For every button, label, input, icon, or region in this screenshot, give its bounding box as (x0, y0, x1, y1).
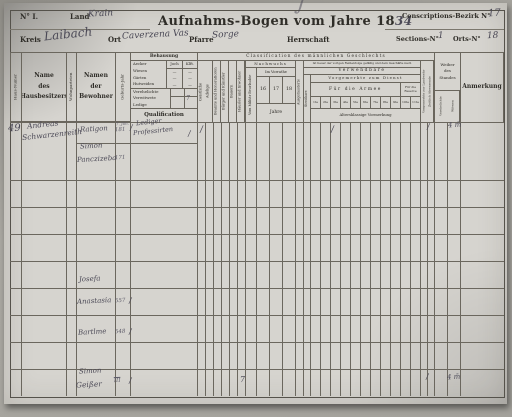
nachwuchs-age-item: 18 (282, 77, 295, 103)
joch-unit-label: Joch (167, 61, 182, 69)
classification-group-item: Beamte und Honoratioren (213, 61, 221, 122)
resident-5-birth-year: 548 (115, 330, 126, 336)
bottom-row-mark: 7 (240, 376, 246, 384)
age-class-item: 11te (410, 97, 420, 108)
joch-dash-item: — (167, 70, 182, 74)
klafter-unit-label: Klft. (183, 61, 197, 69)
age-class-item: 1te (311, 97, 320, 108)
grid-vline (245, 122, 246, 396)
fuer-die-armee-label: Für die Armee (310, 82, 401, 97)
fuer-die-reserve-box: Für dieReserve (400, 82, 421, 97)
classification-group-item: Häusler und Inwohner (237, 61, 245, 122)
klafter-dash-item: — (183, 76, 197, 80)
col-header-bewohner-item: Bewohner (79, 94, 113, 101)
grid-hline (10, 315, 504, 316)
kreis-label: Kreis (20, 36, 41, 43)
check-slash: / (200, 126, 204, 135)
grid-vline (197, 122, 198, 396)
col-header-owner: NamedesHausbesitzers (21, 52, 67, 122)
qualification-col-a (170, 88, 185, 109)
grid-vline (320, 122, 321, 396)
grid-vline (370, 122, 371, 396)
grid-vline (380, 122, 381, 396)
weiber-sub-col: VerehelichteWitwen (435, 91, 460, 122)
sections-label: Sections-N° (396, 36, 439, 43)
col-header-bewohner-item: der (90, 84, 101, 91)
classification-group-item: Bauern (229, 61, 237, 122)
classification-group-columns: GeistlicheAdeligeBeamte und Honoratioren… (197, 60, 246, 123)
nachwuchs-age-cells: 161718 (256, 76, 296, 104)
qualification-label-item: Verehelichte (131, 90, 170, 95)
grid-vline (434, 122, 435, 396)
grid-hline (10, 261, 504, 262)
resident-1-anmerkung: 4 m̄ (448, 122, 462, 130)
qualification-label: VerehelichteVerwitweteLedige (131, 89, 170, 108)
nachwuchs-jahre-label: Jahre (256, 103, 296, 123)
form-title-printed: Aufnahms-Bogen vom Jahre 18 (158, 14, 395, 29)
check-slash: / (129, 328, 132, 336)
classification-group-item: Bürger und Künstler (221, 61, 229, 122)
grid-vline (221, 122, 222, 396)
nachwuchs-age-item: 17 (269, 77, 282, 103)
qualification-label-item: Ledige (131, 103, 170, 108)
resident-3-name: Josefa (79, 275, 101, 283)
joch-dash-item: — (167, 76, 182, 80)
grid-vline (21, 122, 22, 396)
grid-vline (350, 122, 351, 396)
resident-1-name: Ratigon (80, 125, 108, 133)
conscription-district-value: 17 (488, 9, 501, 20)
sections-value-handwritten: 1 (438, 32, 444, 41)
herrschaft-label: Herrschaft (287, 36, 330, 43)
qualification-labels: VerehelichteVerwitweteLedige (130, 88, 171, 109)
grid-vline (237, 122, 238, 396)
age-class: 1te2te3te4te5te6te7te8te9te10te11te (311, 97, 420, 108)
grid-vline (205, 122, 206, 396)
right-narrow-col: Vorgemerkte zur LandwehrZeitlich Abwesen… (421, 61, 434, 122)
grid-vline (447, 122, 448, 396)
col-header-owner-item: Hausbesitzers (21, 94, 67, 101)
anmerkung-header: Anmerkung (460, 52, 504, 123)
weiber-sub-columns: VerehelichteWitwen (434, 90, 461, 123)
resident-1-birth-day: 7. Jän. (116, 122, 129, 127)
land-label: Land (70, 13, 89, 20)
grid-vline (330, 122, 331, 396)
weiber-sub-col-item: Witwen (447, 91, 460, 122)
resident-6-birth-year: III (114, 379, 121, 385)
grid-vline (295, 122, 296, 396)
qualification-col-a-head (171, 89, 184, 97)
age-class-item: 6te (360, 97, 370, 108)
grid-vline (360, 122, 361, 396)
col-header-bewohner: NamenderBewohner (76, 52, 116, 122)
grid-hline (10, 207, 504, 208)
check-slash: / (426, 373, 429, 381)
reserve-line2: Reserve (404, 90, 416, 94)
resident-2-birth-year: 171 (115, 156, 126, 162)
klafter-dash-item: — (183, 70, 197, 74)
behausung-land-label-item: Aecker (131, 62, 166, 66)
age-class-item: 5te (350, 97, 360, 108)
weiber-box-title-item: Standes (439, 76, 455, 81)
land-value-handwritten: Krain (88, 9, 114, 19)
grid-vline (303, 122, 304, 396)
behausung-land-label-item: Hutweiden (131, 82, 166, 86)
behausung-joch-col: Joch——— (166, 60, 183, 89)
altersklassige-vormerkung-label: Altersklassige Vormerkung (310, 108, 421, 123)
grid-hline (10, 122, 504, 123)
grid-vline (256, 122, 257, 396)
grid-vline (130, 122, 131, 396)
qualification-label-item: Verwitwete (131, 96, 170, 101)
resident-5-name: Bartlme (78, 328, 107, 336)
klafter-dash: ——— (183, 69, 197, 88)
check-slash: / (129, 377, 132, 385)
age-class-item: 10te (400, 97, 410, 108)
age-class-item: 2te (320, 97, 330, 108)
conscription-district-label: Conscriptions-Bezirk N° (402, 13, 490, 20)
col-header-geburtsjahr: Geburts-Jahr (115, 52, 131, 122)
grid-hline (10, 234, 504, 235)
resident-6-name-line2: Geißer (76, 380, 102, 389)
classification-group-item: Adelige (205, 61, 213, 122)
grid-hline (10, 342, 504, 343)
grid-hline (10, 180, 504, 181)
col-header-owner-item: Name (34, 73, 54, 80)
grid-vline (400, 122, 401, 396)
grid-vline (229, 122, 230, 396)
check-slash: / (331, 126, 335, 135)
nachwuchs-age: 161718 (257, 77, 295, 103)
resident-6-anmerkung: 4 m̄ (447, 374, 461, 382)
behausung-land-labels: AeckerWiesenGärtenHutweiden (130, 60, 167, 89)
check-slash: / (427, 123, 430, 131)
grid-vline (390, 122, 391, 396)
weiber-sub-col-item: Verehelichte (435, 91, 447, 122)
grid-vline (310, 122, 311, 396)
grid-vline (282, 122, 283, 396)
grid-hline (10, 52, 504, 53)
grid-vline (427, 122, 428, 396)
klafter-dash-item: — (183, 83, 197, 87)
age-class-item: 7te (370, 97, 380, 108)
grid-vline (410, 122, 411, 396)
header-rule-right (385, 29, 504, 30)
check-slash: / (188, 130, 191, 138)
behausung-klafter-col: Klft.——— (182, 60, 198, 89)
resident-6-name-line1: Simon (79, 367, 102, 375)
pfarre-label: Pfarre (189, 36, 214, 43)
grid-vline (66, 122, 67, 396)
col-header-owner-item: des (38, 84, 49, 91)
behausung-land-label-item: Gärten (131, 76, 166, 80)
weiber-box-title-item: Weiber (440, 63, 454, 68)
grid-vline (460, 122, 461, 396)
sheet-number: N° I. (20, 13, 38, 20)
grid-vline (115, 122, 116, 396)
classification-group: GeistlicheAdeligeBeamte und Honoratioren… (198, 61, 245, 122)
weiber-box-title-item: des (444, 69, 451, 74)
joch-dash: ——— (167, 69, 182, 88)
age-class-item: 3te (330, 97, 340, 108)
ort-label: Ort (108, 36, 121, 43)
age-class-item: 4te (340, 97, 350, 108)
age-class-item: 9te (390, 97, 400, 108)
orts-label: Orts-N° (453, 36, 481, 43)
resident-1-birth-year: 181 (115, 128, 126, 134)
scanned-census-form: ∫ N° I. Land Krain Aufnahms-Bogen vom Ja… (0, 0, 512, 417)
nachwuchs-age-item: 16 (257, 77, 269, 103)
weiber-box-title: WeiberdesStandes (434, 52, 461, 91)
grid-vline (213, 122, 214, 396)
col-header-bewohner-item: Namen (84, 73, 108, 80)
classification-group-item: Geistliche (198, 61, 205, 122)
house-number-entry: 49 (8, 124, 21, 135)
grid-vline (420, 122, 421, 396)
orts-value-handwritten: 18 (487, 32, 499, 42)
pfarre-value-handwritten: Sorge (212, 30, 239, 40)
grid-vline (340, 122, 341, 396)
grid-hline (10, 288, 504, 289)
age-class-item: 8te (380, 97, 390, 108)
behausung-land-label-item: Wiesen (131, 69, 166, 73)
right-narrow-col-item: Zeitlich Abwesende (427, 61, 434, 122)
resident-2-name-line1: Simon (80, 142, 103, 150)
right-narrow-columns: Vorgemerkte zur LandwehrZeitlich Abwesen… (420, 60, 435, 123)
joch-dash-item: — (167, 83, 182, 87)
form-title: Aufnahms-Bogen vom Jahre 1834 (158, 15, 413, 28)
resident-4-birth-year: 557 (115, 299, 126, 305)
grid-vline (269, 122, 270, 396)
qualification-box-mark: 7 (186, 95, 190, 102)
check-slash: / (129, 297, 132, 305)
behausung-land-label: AeckerWiesenGärtenHutweiden (131, 61, 166, 88)
